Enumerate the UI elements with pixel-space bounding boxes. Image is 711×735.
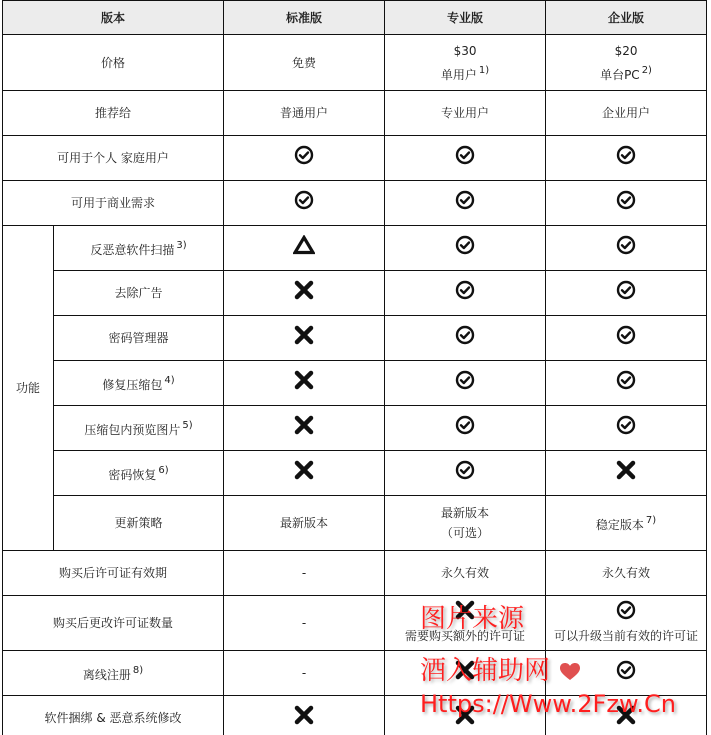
check-circle-icon — [616, 280, 636, 306]
row-label: 去除广告 — [54, 271, 224, 316]
feature-name: 去除广告 — [115, 286, 163, 300]
check-circle-icon — [455, 145, 475, 171]
cell-enterprise: 可以升级当前有效的许可证 — [546, 596, 707, 651]
check-circle-icon — [616, 660, 636, 686]
table-row-feature: 密码恢复6) — [3, 451, 707, 496]
cell-pro — [385, 696, 546, 735]
cross-icon — [294, 460, 314, 486]
cross-icon — [294, 415, 314, 441]
table-row-personal: 可用于个人 家庭用户 — [3, 136, 707, 181]
footnote: 1) — [479, 65, 489, 76]
check-circle-icon — [616, 190, 636, 216]
cell-enterprise: $20单台PC2) — [546, 35, 707, 91]
cell-pro: $30单用户1) — [385, 35, 546, 91]
cell-pro — [385, 226, 546, 271]
cell-pro — [385, 271, 546, 316]
cell-pro — [385, 181, 546, 226]
row-label: 更新策略 — [54, 496, 224, 551]
cell-enterprise — [546, 271, 707, 316]
ent-price: $20 — [546, 41, 706, 61]
pro-update-line2: （可选） — [385, 523, 545, 543]
footnote: 2) — [642, 65, 652, 76]
edition-comparison-table: 版本 标准版 专业版 企业版 价格 免费 $30单用户1) $20单台PC2) … — [2, 0, 707, 735]
row-label: 可用于个人 家庭用户 — [3, 136, 224, 181]
table-row-feature: 功能 反恶意软件扫描3) — [3, 226, 707, 271]
footnote: 4) — [164, 375, 174, 386]
feature-name: 压缩包内预览图片 — [84, 423, 180, 437]
header-enterprise: 企业版 — [546, 1, 707, 35]
check-circle-icon — [616, 145, 636, 171]
pro-price: $30 — [385, 41, 545, 61]
cell-enterprise — [546, 451, 707, 496]
cell-standard: 最新版本 — [224, 496, 385, 551]
cell-enterprise — [546, 696, 707, 735]
cell-pro: 最新版本（可选） — [385, 496, 546, 551]
cell-standard — [224, 316, 385, 361]
row-label: 购买后许可证有效期 — [3, 551, 224, 596]
cell-standard: - — [224, 651, 385, 696]
cell-enterprise: 稳定版本7) — [546, 496, 707, 551]
feature-name: 反恶意软件扫描 — [90, 243, 174, 257]
row-label: 反恶意软件扫描3) — [54, 226, 224, 271]
cross-icon — [455, 600, 475, 626]
cell-enterprise: 永久有效 — [546, 551, 707, 596]
table-row-license-validity: 购买后许可证有效期 - 永久有效 永久有效 — [3, 551, 707, 596]
cell-pro — [385, 361, 546, 406]
cell-enterprise — [546, 651, 707, 696]
check-circle-icon — [455, 325, 475, 351]
cell-pro: 永久有效 — [385, 551, 546, 596]
check-circle-icon — [616, 415, 636, 441]
check-circle-icon — [455, 460, 475, 486]
cross-icon — [294, 705, 314, 731]
cell-pro — [385, 451, 546, 496]
check-circle-icon — [455, 370, 475, 396]
cell-standard: 普通用户 — [224, 91, 385, 136]
check-circle-icon — [455, 190, 475, 216]
cross-icon — [294, 280, 314, 306]
cross-icon — [294, 370, 314, 396]
cell-enterprise — [546, 181, 707, 226]
cross-icon — [616, 460, 636, 486]
header-row: 版本 标准版 专业版 企业版 — [3, 1, 707, 35]
table-row-price: 价格 免费 $30单用户1) $20单台PC2) — [3, 35, 707, 91]
cell-pro — [385, 651, 546, 696]
ent-license-note: 可以升级当前有效的许可证 — [546, 626, 706, 646]
row-label: 价格 — [3, 35, 224, 91]
footnote: 8) — [133, 665, 143, 676]
row-label: 密码管理器 — [54, 316, 224, 361]
cell-enterprise — [546, 361, 707, 406]
pro-update-line1: 最新版本 — [385, 503, 545, 523]
table-row-feature: 修复压缩包4) — [3, 361, 707, 406]
header-standard: 标准版 — [224, 1, 385, 35]
check-circle-icon — [294, 190, 314, 216]
cross-icon — [455, 705, 475, 731]
footnote: 5) — [182, 420, 192, 431]
row-label: 压缩包内预览图片5) — [54, 406, 224, 451]
cell-standard — [224, 451, 385, 496]
cell-standard — [224, 696, 385, 735]
cell-enterprise — [546, 406, 707, 451]
feature-name: 修复压缩包 — [102, 378, 162, 392]
ent-unit: 单台PC — [600, 68, 640, 82]
cell-standard — [224, 181, 385, 226]
header-edition: 版本 — [3, 1, 224, 35]
cross-icon — [294, 325, 314, 351]
cell-standard — [224, 271, 385, 316]
cell-standard: - — [224, 551, 385, 596]
check-circle-icon — [455, 280, 475, 306]
cross-icon — [616, 705, 636, 731]
footnote: 6) — [158, 465, 168, 476]
check-circle-icon — [294, 145, 314, 171]
feature-group-label: 功能 — [3, 226, 54, 551]
feature-name: 密码管理器 — [109, 331, 169, 345]
cell-standard — [224, 361, 385, 406]
row-label: 密码恢复6) — [54, 451, 224, 496]
triangle-icon — [293, 235, 315, 261]
table-row-feature: 压缩包内预览图片5) — [3, 406, 707, 451]
row-label: 可用于商业需求 — [3, 181, 224, 226]
row-label: 购买后更改许可证数量 — [3, 596, 224, 651]
ent-update: 稳定版本 — [596, 518, 644, 532]
table-row-bundle: 软件捆绑 & 恶意系统修改 — [3, 696, 707, 735]
cross-icon — [455, 660, 475, 686]
cell-pro — [385, 316, 546, 361]
cell-standard — [224, 226, 385, 271]
row-label: 软件捆绑 & 恶意系统修改 — [3, 696, 224, 735]
cell-standard — [224, 406, 385, 451]
table-row-recommend: 推荐给 普通用户 专业用户 企业用户 — [3, 91, 707, 136]
footnote: 3) — [176, 240, 186, 251]
row-label: 推荐给 — [3, 91, 224, 136]
check-circle-icon — [616, 235, 636, 261]
table-row-offline: 离线注册8) - — [3, 651, 707, 696]
cell-standard: 免费 — [224, 35, 385, 91]
table-row-update-policy: 更新策略 最新版本 最新版本（可选） 稳定版本7) — [3, 496, 707, 551]
cell-pro — [385, 406, 546, 451]
table-row-feature: 去除广告 — [3, 271, 707, 316]
header-pro: 专业版 — [385, 1, 546, 35]
cell-pro: 专业用户 — [385, 91, 546, 136]
offline-label: 离线注册 — [83, 668, 131, 682]
cell-pro — [385, 136, 546, 181]
check-circle-icon — [455, 415, 475, 441]
table-row-license-change: 购买后更改许可证数量 - 需要购买额外的许可证 可以升级当前有效的许可证 — [3, 596, 707, 651]
table-row-commercial: 可用于商业需求 — [3, 181, 707, 226]
row-label: 离线注册8) — [3, 651, 224, 696]
table-row-feature: 密码管理器 — [3, 316, 707, 361]
check-circle-icon — [616, 325, 636, 351]
check-circle-icon — [455, 235, 475, 261]
footnote: 7) — [646, 515, 656, 526]
cell-enterprise — [546, 316, 707, 361]
check-circle-icon — [616, 370, 636, 396]
pro-unit: 单用户 — [441, 68, 477, 82]
cell-pro: 需要购买额外的许可证 — [385, 596, 546, 651]
cell-enterprise — [546, 226, 707, 271]
feature-name: 密码恢复 — [108, 468, 156, 482]
cell-enterprise: 企业用户 — [546, 91, 707, 136]
cell-standard: - — [224, 596, 385, 651]
pro-license-note: 需要购买额外的许可证 — [385, 626, 545, 646]
cell-enterprise — [546, 136, 707, 181]
check-circle-icon — [616, 600, 636, 626]
cell-standard — [224, 136, 385, 181]
row-label: 修复压缩包4) — [54, 361, 224, 406]
